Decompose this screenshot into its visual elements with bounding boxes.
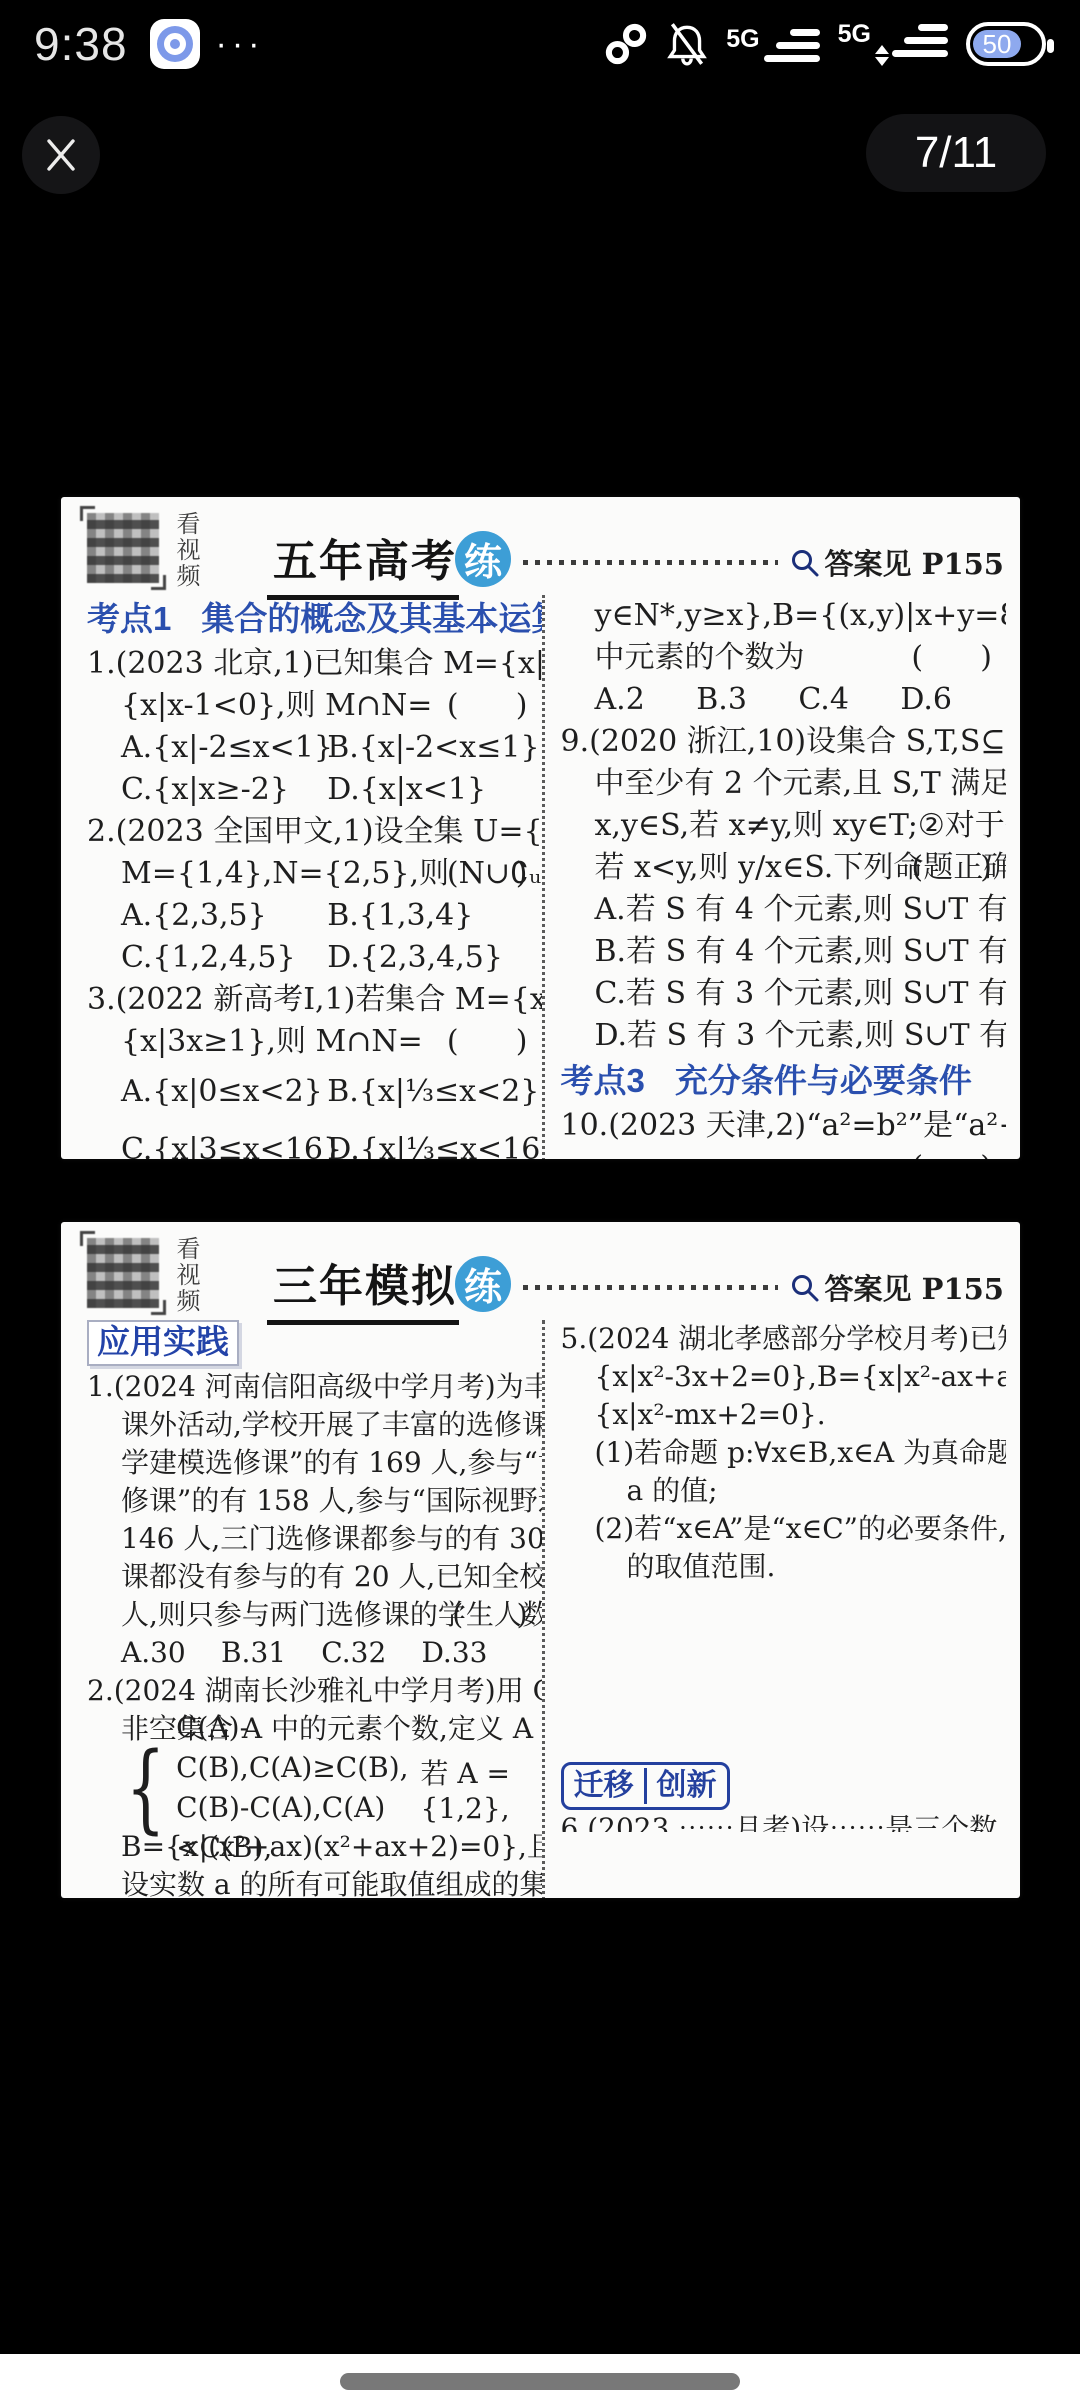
- line-text: 1.(2023 北京,1)已知集合 M={x|x+2≥0},N=: [87, 646, 542, 681]
- options-row: C.{x|x≥-2}D.{x|x<1}: [87, 769, 534, 811]
- badge-part: 迁移: [564, 1768, 644, 1804]
- option: B.{1,3,4}: [327, 895, 533, 937]
- line-text: {x|x²-mx+2=0}.: [595, 1398, 826, 1431]
- line-text: 的取值范围.: [627, 1550, 776, 1583]
- text-line: x,y∈S,若 x≠y,则 xy∈T;②对于任意的 x,y∈T,: [561, 805, 999, 847]
- clock: 9:38: [34, 17, 128, 71]
- text-line: {x|3x≥1},则 M∩N=( ): [87, 1021, 534, 1063]
- dotted-leader: [523, 1285, 778, 1290]
- options-row: A.{2,3,5}B.{1,3,4}: [87, 895, 534, 937]
- signal-sim1: 5G: [726, 27, 819, 62]
- line-text: 5.(2024 湖北孝感部分学校月考)已知集合 A=: [561, 1322, 1007, 1355]
- text-line: 1.(2024 河南信阳高级中学月考)为丰富学生的: [87, 1368, 534, 1406]
- option: D.33: [421, 1634, 487, 1672]
- line-text: 1.(2024 河南信阳高级中学月考)为丰富学生的: [87, 1370, 542, 1403]
- text-line: 的取值范围.: [561, 1548, 999, 1586]
- text-line: 10.(2023 天津,2)“a²=b²”是“a²+b²=2ab”的: [561, 1105, 999, 1147]
- battery-level: 50: [973, 30, 1021, 58]
- options-row: C.{1,2,4,5}D.{2,3,4,5}: [87, 937, 534, 979]
- line-text: 学建模选修课”的有 169 人,参与“语文素养选: [121, 1446, 542, 1479]
- home-indicator[interactable]: [340, 2373, 740, 2390]
- book-page-image-1[interactable]: 看视频 五年高考 练 答案见 P155 考点1集合的概念及其: [61, 497, 1020, 1159]
- piecewise-side: 若 A = {1,2},: [421, 1752, 534, 1825]
- close-button[interactable]: [22, 116, 100, 194]
- bell-muted-icon: [666, 21, 708, 67]
- applied-practice-badge: 应用实践: [87, 1320, 239, 1366]
- spacer: [561, 1586, 999, 1762]
- line-text: 设实数 a 的所有可能取值组成的集合是 S,则: [121, 1868, 542, 1898]
- status-bar: 9:38 ··· 5G 5G: [0, 12, 1080, 76]
- line-text: {x|3x≥1},则 M∩N=: [121, 1024, 423, 1059]
- option: B.{x|⅓≤x<2}: [327, 1071, 533, 1113]
- topic-number: 考点1: [87, 600, 171, 637]
- text-line: 5.(2024 湖北孝感部分学校月考)已知集合 A=: [561, 1320, 999, 1358]
- line-text: B={x|(x²+ax)(x²+ax+2)=0},且 A∗B=1,: [121, 1830, 542, 1863]
- line-text: 2.(2024 湖南长沙雅礼中学月考)用 C(A)表示: [87, 1674, 542, 1707]
- text-line: 修课”的有 158 人,参与“国际视野选修课”的有: [87, 1482, 534, 1520]
- piecewise-definition: {C(A)-C(B),C(A)≥C(B),C(B)-C(A),C(A)<C(B)…: [87, 1748, 534, 1828]
- option: A.{2,3,5}: [121, 895, 327, 937]
- line-text: (2)若“x∈A”是“x∈C”的必要条件,求实数 m: [595, 1512, 1007, 1545]
- answer-brackets: ( ): [447, 1021, 528, 1063]
- qr-block: 看视频: [77, 509, 267, 589]
- options-row: A.{x|-2≤x<1}B.{x|-2<x≤1}: [87, 727, 534, 769]
- option: B.3: [696, 679, 747, 721]
- option: B.31: [221, 1634, 286, 1672]
- option: C.32: [321, 1634, 386, 1672]
- line-text: 146 人,三门选修课都参与的有 30 人,三门选修: [121, 1522, 542, 1555]
- text-line: 若 x<y,则 y/x∈S.下列命题正确的是( ): [561, 847, 999, 889]
- text-line: y∈N*,y≥x},B={(x,y)|x+y=8},则 A∩B: [561, 595, 999, 637]
- section-title-group: 三年模拟 练 答案见 P155: [267, 1250, 1006, 1325]
- text-line: 1.(2023 北京,1)已知集合 M={x|x+2≥0},N=: [87, 643, 534, 685]
- option: C.{x|3≤x<16}: [121, 1129, 327, 1159]
- text-line: C.若 S 有 3 个元素,则 S∪T 有 5 个元素: [561, 973, 999, 1015]
- answer-brackets: ( ): [911, 847, 992, 889]
- line-text: 10.(2023 天津,2)“a²=b²”是“a²+b²=2ab”的: [561, 1108, 1007, 1143]
- transfer-innovation-badge: 迁移创新: [561, 1762, 730, 1810]
- floating-app-icon: [150, 19, 200, 69]
- option: C.{1,2,4,5}: [121, 937, 327, 979]
- line-text: 课都没有参与的有 20 人,已知全校共有 400: [121, 1560, 542, 1593]
- option: A.30: [121, 1634, 186, 1672]
- line-text: 3.(2022 新高考Ⅰ,1)若集合 M={x|√x<4},N=: [87, 982, 542, 1017]
- status-icons: 5G 5G 50: [604, 21, 1046, 67]
- line-text: y∈N*,y≥x},B={(x,y)|x+y=8},则 A∩B: [595, 598, 1007, 633]
- line-text: 非空集合 A 中的元素个数,定义 A ∗ B =: [121, 1712, 542, 1745]
- text-line: {x|x²-mx+2=0}.: [561, 1396, 999, 1434]
- text-line: (1)若命题 p:∀x∈B,x∈A 为真命题,求实数: [561, 1434, 999, 1472]
- line-text: A.若 S 有 4 个元素,则 S∪T 有 7 个元素: [595, 892, 1007, 927]
- option: C.4: [798, 679, 849, 721]
- answer-brackets: ( ): [911, 637, 992, 679]
- book-page-image-2[interactable]: 看视频 三年模拟 练 答案见 P155 应用实践1.(202: [61, 1222, 1020, 1898]
- topic-title: 充分条件与必要条件: [675, 1062, 972, 1099]
- line-text: {x|x-1<0},则 M∩N=: [121, 688, 432, 723]
- sim1-signal-bars-icon: [764, 29, 820, 62]
- answer-brackets: ( ): [447, 853, 528, 895]
- qr-code: [87, 513, 159, 583]
- text-line: 课外活动,学校开展了丰富的选修课,参与“数: [87, 1406, 534, 1444]
- text-line: 2.(2023 全国甲文,1)设全集 U={1,2,3,4,5},集合: [87, 811, 534, 853]
- sim2-signal-bars-icon: [892, 24, 948, 57]
- text-line: 146 人,三门选修课都参与的有 30 人,三门选修: [87, 1520, 534, 1558]
- line-text: (1)若命题 p:∀x∈B,x∈A 为真命题,求实数: [595, 1436, 1007, 1469]
- option: C.{x|x≥-2}: [121, 769, 327, 811]
- gesture-nav-area: [0, 2354, 1080, 2400]
- section-badge-row: 应用实践: [87, 1320, 534, 1368]
- magnifier-icon: [790, 1273, 820, 1303]
- text-line: B.若 S 有 4 个元素,则 S∪T 有 6 个元素: [561, 931, 999, 973]
- rings-icon: [604, 22, 648, 66]
- badge-part: 创新: [644, 1768, 727, 1804]
- qr-code: [87, 1238, 159, 1308]
- text-line: {x|x-1<0},则 M∩N=( ): [87, 685, 534, 727]
- answers-reference: 答案见 P155: [790, 1267, 1004, 1308]
- page1-left-column: 考点1集合的概念及其基本运算1.(2023 北京,1)已知集合 M={x|x+2…: [77, 595, 542, 1159]
- practice-badge: 练: [455, 531, 511, 587]
- text-line: 3.(2022 新高考Ⅰ,1)若集合 M={x|√x<4},N=: [87, 979, 534, 1021]
- text-line: 中元素的个数为( ): [561, 637, 999, 679]
- section-title: 三年模拟: [267, 1250, 459, 1325]
- line-text: 中至少有 2 个元素,且 S,T 满足:①对于任意的: [595, 766, 1007, 801]
- transfer-badge-row: 迁移创新: [561, 1762, 999, 1810]
- topic-heading: 考点1集合的概念及其基本运算: [87, 595, 534, 643]
- option: D.{x|x<1}: [327, 769, 533, 811]
- close-icon: [42, 136, 80, 174]
- text-line: 2.(2024 湖南长沙雅礼中学月考)用 C(A)表示: [87, 1672, 534, 1710]
- text-line: A.若 S 有 4 个元素,则 S∪T 有 7 个元素: [561, 889, 999, 931]
- answer-brackets: ( ): [911, 1147, 992, 1159]
- line-text: x,y∈S,若 x≠y,则 xy∈T;②对于任意的 x,y∈T,: [595, 808, 1007, 843]
- page1-columns: 考点1集合的概念及其基本运算1.(2023 北京,1)已知集合 M={x|x+2…: [77, 595, 1006, 1159]
- option: B.{x|-2<x≤1}: [327, 727, 533, 769]
- text-line: 学建模选修课”的有 169 人,参与“语文素养选: [87, 1444, 534, 1482]
- page1-content: 看视频 五年高考 练 答案见 P155 考点1集合的概念及其: [61, 497, 1020, 1159]
- line-text: 中元素的个数为: [595, 640, 805, 675]
- data-activity-icon: [875, 22, 889, 66]
- text-line: M={1,4},N={2,5},则 N∪∁ᵤM=( ): [87, 853, 534, 895]
- line-text: B.若 S 有 4 个元素,则 S∪T 有 6 个元素: [595, 934, 1007, 969]
- line-text: a 的值;: [627, 1474, 718, 1507]
- text-line: 6.(2023 ⋯⋯月考)设⋯⋯是三个数集: [561, 1810, 999, 1832]
- brace-glyph: {: [126, 1748, 166, 1828]
- dotted-leader: [523, 560, 778, 565]
- text-line: {x|x²-3x+2=0},B={x|x²-ax+a-1=0},C=: [561, 1358, 999, 1396]
- sim1-network-type: 5G: [726, 27, 759, 51]
- battery-indicator: 50: [966, 22, 1046, 66]
- topic-number: 考点3: [561, 1062, 645, 1099]
- watch-video-label: 看视频: [173, 511, 199, 589]
- topic-heading: 考点3充分条件与必要条件: [561, 1057, 999, 1105]
- sim2-network-type: 5G: [838, 22, 871, 46]
- option: D.{x|⅓≤x<16}: [327, 1129, 533, 1159]
- answers-reference-text: 答案见 P155: [825, 542, 1004, 583]
- text-line: 人,则只参与两门选修课的学生人数为( ): [87, 1596, 534, 1634]
- option: A.{x|0≤x<2}: [121, 1071, 327, 1113]
- options-row: A.30B.31C.32D.33: [87, 1634, 534, 1672]
- line-text: {x|x²-3x+2=0},B={x|x²-ax+a-1=0},C=: [595, 1360, 1007, 1393]
- options-row: A.2B.3C.4D.6: [561, 679, 999, 721]
- text-line: a 的值;: [561, 1472, 999, 1510]
- qr-block: 看视频: [77, 1234, 267, 1314]
- page2-right-column: 5.(2024 湖北孝感部分学校月考)已知集合 A={x|x²-3x+2=0},…: [542, 1320, 1007, 1898]
- more-notifications-icon: ···: [216, 25, 265, 64]
- answers-reference: 答案见 P155: [790, 542, 1004, 583]
- text-line: B={x|(x²+ax)(x²+ax+2)=0},且 A∗B=1,: [87, 1828, 534, 1866]
- line-text: 修课”的有 158 人,参与“国际视野选修课”的有: [121, 1484, 542, 1517]
- text-line: (2)若“x∈A”是“x∈C”的必要条件,求实数 m: [561, 1510, 999, 1548]
- line-text: 9.(2020 浙江,10)设集合 S,T,S⊆N*,T⊆N*,S,T: [561, 724, 1007, 759]
- phone-screen: 9:38 ··· 5G 5G: [0, 0, 1080, 2400]
- practice-badge: 练: [455, 1256, 511, 1312]
- answer-brackets: ( ): [452, 1596, 527, 1634]
- page1-right-column: y∈N*,y≥x},B={(x,y)|x+y=8},则 A∩B中元素的个数为( …: [542, 595, 1007, 1159]
- text-line: 中至少有 2 个元素,且 S,T 满足:①对于任意的: [561, 763, 999, 805]
- answers-reference-text: 答案见 P155: [825, 1267, 1004, 1308]
- line-text: C.若 S 有 3 个元素,则 S∪T 有 5 个元素: [595, 976, 1007, 1011]
- page1-header: 看视频 五年高考 练 答案见 P155: [77, 509, 1006, 589]
- section-title: 五年高考: [267, 525, 459, 600]
- page2-columns: 应用实践1.(2024 河南信阳高级中学月考)为丰富学生的课外活动,学校开展了丰…: [77, 1320, 1006, 1898]
- page2-content: 看视频 三年模拟 练 答案见 P155 应用实践1.(202: [61, 1222, 1020, 1898]
- text-line: D.若 S 有 3 个元素,则 S∪T 有 4 个元素: [561, 1015, 999, 1057]
- page-indicator: 7/11: [866, 114, 1046, 192]
- topic-title: 集合的概念及其基本运算: [201, 600, 541, 637]
- answer-brackets: ( ): [447, 685, 528, 727]
- options-row: C.{x|3≤x<16}D.{x|⅓≤x<16}: [87, 1121, 534, 1159]
- magnifier-icon: [790, 548, 820, 578]
- watch-video-label: 看视频: [173, 1236, 199, 1314]
- option: A.2: [595, 679, 645, 721]
- page2-header: 看视频 三年模拟 练 答案见 P155: [77, 1234, 1006, 1314]
- option: D.6: [900, 679, 952, 721]
- option: D.{2,3,4,5}: [327, 937, 533, 979]
- app-icon-circle: [157, 26, 193, 62]
- signal-sim2: 5G: [838, 22, 948, 66]
- page2-left-column: 应用实践1.(2024 河南信阳高级中学月考)为丰富学生的课外活动,学校开展了丰…: [77, 1320, 542, 1898]
- section-title-group: 五年高考 练 答案见 P155: [267, 525, 1006, 600]
- line-text: 6.(2023 ⋯⋯月考)设⋯⋯是三个数集: [561, 1812, 999, 1832]
- option: A.{x|-2≤x<1}: [121, 727, 327, 769]
- battery-cap: [1047, 39, 1054, 53]
- line-text: D.若 S 有 3 个元素,则 S∪T 有 4 个元素: [595, 1018, 1007, 1053]
- text-line: 课都没有参与的有 20 人,已知全校共有 400: [87, 1558, 534, 1596]
- text-line: 设实数 a 的所有可能取值组成的集合是 S,则: [87, 1866, 534, 1898]
- line-text: 2.(2023 全国甲文,1)设全集 U={1,2,3,4,5},集合: [87, 814, 542, 849]
- text-line: 9.(2020 浙江,10)设集合 S,T,S⊆N*,T⊆N*,S,T: [561, 721, 999, 763]
- options-row: A.{x|0≤x<2}B.{x|⅓≤x<2}: [87, 1063, 534, 1121]
- line-text: 课外活动,学校开展了丰富的选修课,参与“数: [121, 1408, 542, 1441]
